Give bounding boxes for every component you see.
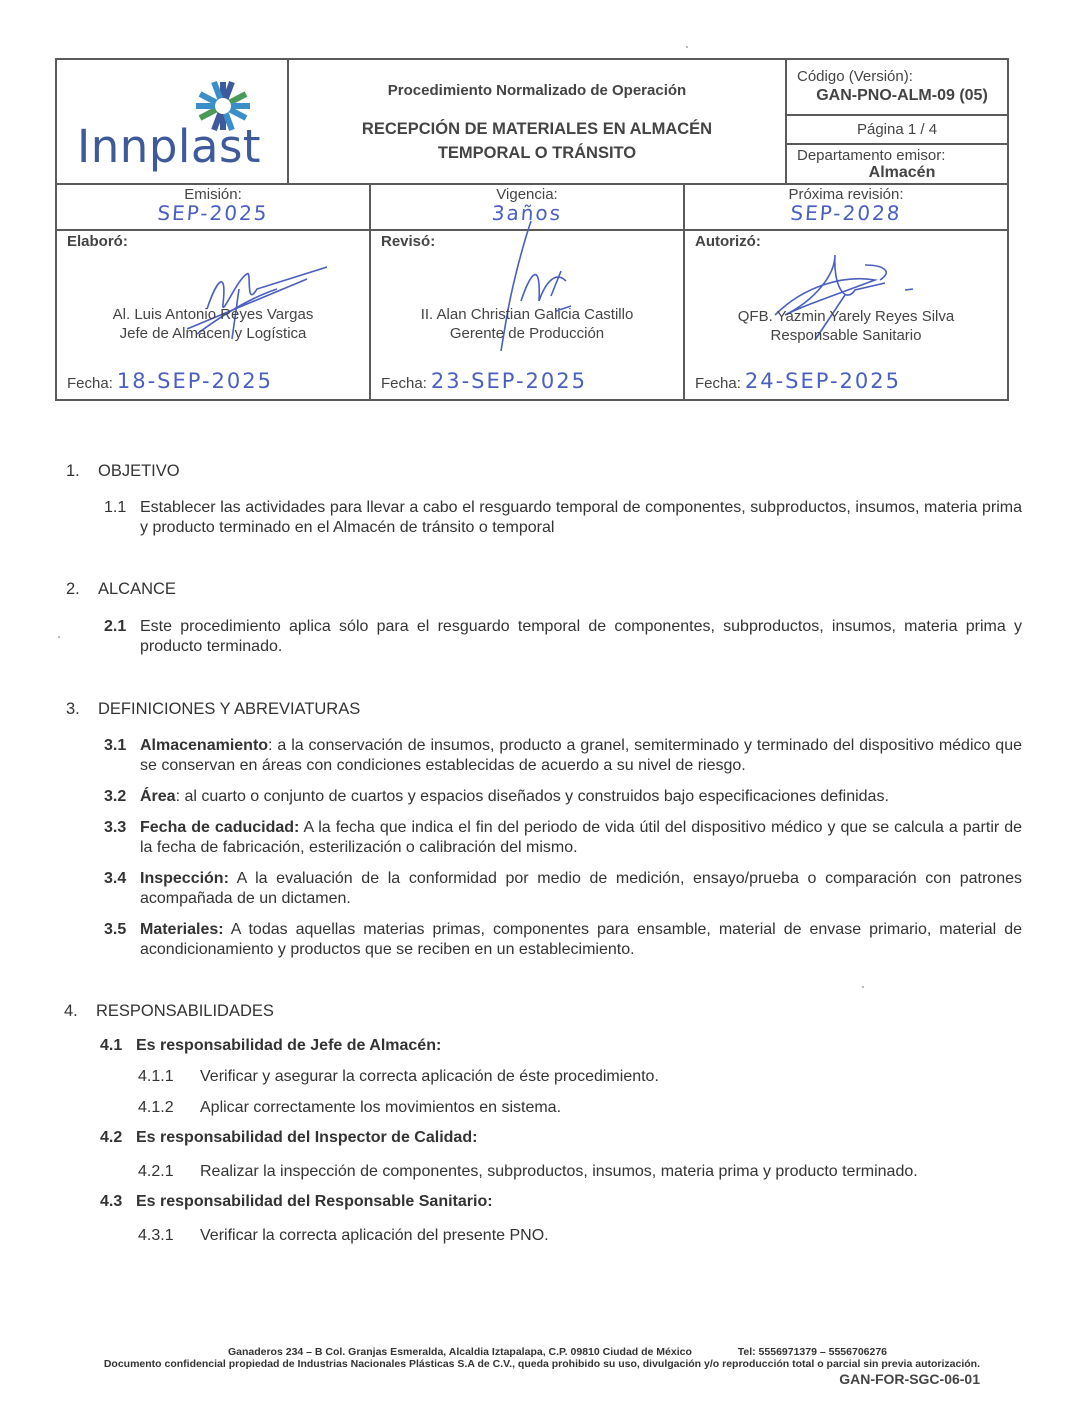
document-footer: Ganaderos 234 – B Col. Granjas Esmeralda… [80, 1346, 980, 1387]
title-cell: Procedimiento Normalizado de Operación R… [289, 60, 787, 183]
signer-position: Jefe de Almacen y Logística [57, 324, 369, 343]
department-value: Almacén [797, 164, 1007, 182]
confidentiality-notice: Documento confidencial propiedad de Indu… [80, 1358, 980, 1370]
signer-position: Responsable Sanitario [685, 326, 1007, 345]
section-heading-alcance: 2. ALCANCE [66, 580, 1022, 599]
company-logo: Innplast [57, 60, 289, 183]
document-header: Innplast Procedimiento Normalizado de Op… [55, 58, 1009, 401]
signature-date: 23-SEP-2025 [431, 369, 587, 393]
vigencia-handwritten: 3años [370, 201, 684, 225]
form-code: GAN-FOR-SGC-06-01 [80, 1371, 980, 1387]
department-label: Departamento emisor: [797, 147, 1007, 164]
code-value: GAN-PNO-ALM-09 (05) [797, 87, 1007, 105]
signer-name: II. Alan Christian Galicia Castillo [371, 305, 683, 324]
definition-item: 3.5 Materiales: A todas aquellas materia… [104, 920, 1022, 960]
code-cell: Código (Versión): GAN-PNO-ALM-09 (05) Pá… [787, 60, 1007, 183]
definition-item: 3.1 Almacenamiento: a la conservación de… [104, 736, 1022, 776]
signature-block-elaboro: Elaboró: Al. Luis Antonio Reyes Vargas J… [57, 231, 371, 399]
document-type: Procedimiento Normalizado de Operación [289, 82, 785, 99]
list-item: 1.1 Establecer las actividades para llev… [104, 498, 1022, 538]
signer-name: QFB. Yazmin Yarely Reyes Silva [685, 307, 1007, 326]
proxima-revision-handwritten: SEP-2028 [684, 201, 1008, 225]
code-label: Código (Versión): [797, 68, 1007, 85]
section-heading-objetivo: 1. OBJETIVO [66, 462, 1022, 481]
section-heading-definiciones: 3. DEFINICIONES Y ABREVIATURAS [66, 700, 1022, 719]
signature-block-reviso: Revisó: II. Alan Christian Galicia Casti… [371, 231, 685, 399]
list-item: 2.1 Este procedimiento aplica sólo para … [104, 617, 1022, 657]
responsibility-group: 4.1 Es responsabilidad de Jefe de Almacé… [100, 1036, 1022, 1056]
vigencia-cell: Vigencia: 3años [371, 185, 685, 229]
signer-name: Al. Luis Antonio Reyes Vargas [57, 305, 369, 324]
signature-scribble-icon [461, 211, 581, 371]
definition-item: 3.4 Inspección: A la evaluación de la co… [104, 869, 1022, 909]
document-title: RECEPCIÓN DE MATERIALES EN ALMACÉN TEMPO… [289, 117, 785, 165]
list-item: 4.3.1 Verificar la correcta aplicación d… [138, 1226, 1022, 1246]
signature-date: 24-SEP-2025 [745, 369, 901, 393]
definition-item: 3.2 Área: al cuarto o conjunto de cuarto… [104, 787, 1022, 807]
responsibility-group: 4.3 Es responsabilidad del Responsable S… [100, 1192, 1022, 1212]
document-body: 1. OBJETIVO 1.1 Establecer las actividad… [66, 462, 1022, 1246]
list-item: 4.1.2 Aplicar correctamente los movimien… [138, 1098, 1022, 1118]
company-phone: Tel: 5556971379 – 5556706276 [738, 1346, 887, 1358]
page-number: Página 1 / 4 [787, 116, 1007, 145]
logo-wordmark: Innplast [77, 120, 261, 173]
responsibility-group: 4.2 Es responsabilidad del Inspector de … [100, 1128, 1022, 1148]
signer-position: Gerente de Producción [371, 324, 683, 343]
list-item: 4.2.1 Realizar la inspección de componen… [138, 1162, 1022, 1182]
emision-cell: Emisión: SEP-2025 [57, 185, 371, 229]
section-heading-responsabilidades: 4. RESPONSABILIDADES [64, 1002, 1022, 1021]
company-address: Ganaderos 234 – B Col. Granjas Esmeralda… [228, 1346, 692, 1358]
emision-handwritten: SEP-2025 [56, 201, 370, 225]
signature-block-autorizo: Autorizó: QFB. Yazmin Yarely Reyes Silva… [685, 231, 1007, 399]
signature-date: 18-SEP-2025 [117, 369, 273, 393]
definition-item: 3.3 Fecha de caducidad: A la fecha que i… [104, 818, 1022, 858]
proxima-revision-cell: Próxima revisión: SEP-2028 [685, 185, 1007, 229]
list-item: 4.1.1 Verificar y asegurar la correcta a… [138, 1067, 1022, 1087]
